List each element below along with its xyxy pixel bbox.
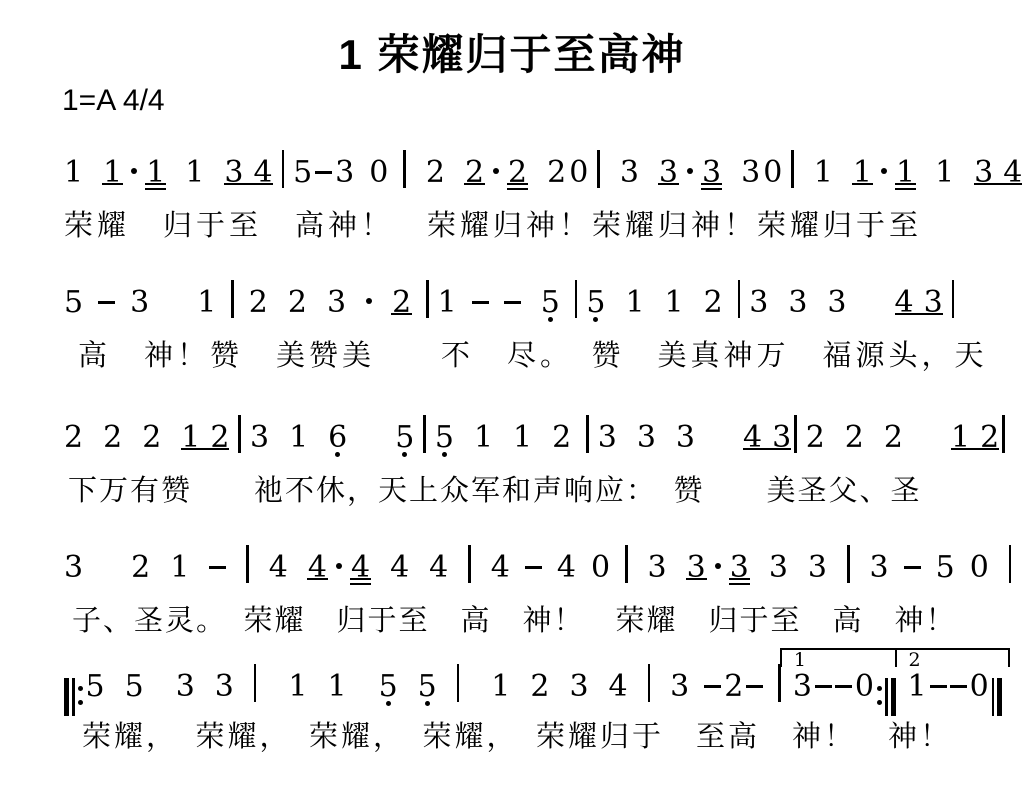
barline — [246, 545, 249, 583]
lyrics-line-1: 荣耀 归于至 高神！ 荣耀归神！荣耀归神！荣耀归于至 — [64, 209, 994, 244]
barline — [778, 664, 781, 702]
note: 4 — [308, 553, 327, 583]
note: 3 — [327, 288, 346, 318]
note: 3 — [215, 672, 234, 702]
final-barline — [992, 678, 1003, 716]
barline — [847, 545, 850, 583]
note: 3 — [808, 553, 827, 583]
barline — [597, 150, 600, 188]
dotted-rhythm-dot — [493, 168, 499, 174]
volta-bracket: 130 — [784, 672, 896, 716]
barline — [648, 664, 651, 702]
note: 4 — [351, 553, 370, 583]
note: 1 — [935, 158, 954, 188]
beamed-note-group: 12 — [181, 423, 229, 453]
note: 1 — [185, 158, 204, 188]
note: 1 — [814, 158, 833, 188]
dotted-rhythm-dot — [687, 168, 693, 174]
notation-line-2: 531223215511233343 — [64, 280, 994, 326]
note: 5 — [936, 553, 955, 583]
note: 5 — [395, 423, 414, 453]
note: 2 — [142, 423, 161, 453]
note: 3 — [676, 423, 695, 453]
note: 3 — [769, 553, 788, 583]
barline — [738, 280, 741, 318]
note: 3 — [64, 553, 83, 583]
system-3: 22212316551123334322212 下万有赞 祂不休，天上众军和声响… — [64, 415, 994, 509]
note: 1 — [181, 420, 200, 455]
note: 2 — [426, 158, 445, 188]
barline — [403, 150, 406, 188]
note: 4 — [491, 553, 510, 583]
note: 1 — [908, 672, 927, 702]
note: 1 — [513, 423, 532, 453]
note: 3 — [924, 285, 943, 320]
rest: 0 — [970, 672, 989, 702]
beamed-note-group: 34 — [974, 158, 1022, 188]
duration-dash — [950, 685, 967, 688]
barline — [791, 150, 794, 188]
note: 1 — [438, 288, 457, 318]
note: 3 — [176, 672, 195, 702]
duration-dash — [472, 301, 489, 304]
dotted-rhythm-dot — [366, 298, 372, 304]
note: 1 — [64, 158, 83, 188]
system-5: 55331155123432130210 荣耀， 荣耀， 荣耀， 荣耀， 荣耀归… — [64, 638, 994, 755]
barline — [254, 664, 257, 702]
note: 3 — [130, 288, 149, 318]
duration-dash — [746, 685, 763, 688]
barline — [282, 150, 285, 188]
note: 3 — [224, 155, 243, 190]
note: 3 — [793, 672, 812, 702]
note: 3 — [637, 423, 656, 453]
volta-number: 1 — [794, 651, 806, 670]
note: 3 — [250, 423, 269, 453]
note: 3 — [659, 158, 678, 188]
dotted-rhythm-dot — [881, 168, 887, 174]
barline — [586, 415, 589, 453]
note: 3 — [827, 288, 846, 318]
notation-line-3: 22212316551123334322212 — [64, 415, 994, 461]
note: 5 — [64, 288, 83, 318]
note: 4 — [557, 553, 576, 583]
notation-line-4: 3214444444033333350 — [64, 545, 994, 591]
repeat-end-sign — [877, 678, 896, 716]
note: 3 — [648, 553, 667, 583]
note: 3 — [569, 672, 588, 702]
note: 5 — [435, 423, 454, 453]
duration-dash — [835, 685, 852, 688]
volta-bracket: 210 — [899, 672, 1003, 716]
note: 1 — [951, 420, 970, 455]
note: 3 — [670, 672, 689, 702]
barline — [794, 415, 797, 453]
beamed-note-group: 43 — [895, 288, 943, 318]
note: 2 — [845, 423, 864, 453]
note: 2 — [552, 423, 571, 453]
note: 2 — [288, 288, 307, 318]
rest: 0 — [855, 672, 874, 702]
lyrics-line-5: 荣耀， 荣耀， 荣耀， 荣耀， 荣耀归于 至高 神！ 神！ — [64, 720, 994, 755]
note: 2 — [249, 288, 268, 318]
note: 3 — [974, 155, 993, 190]
lyrics-line-2: 高 神！赞 美赞美 不 尽。 赞 美真神万 福源头，天 — [64, 339, 994, 374]
note: 1 — [625, 288, 644, 318]
note: 4 — [743, 420, 762, 455]
barline — [1009, 545, 1012, 583]
note: 1 — [491, 672, 510, 702]
beamed-note-group: 12 — [951, 423, 999, 453]
note: 5 — [125, 672, 144, 702]
note: 1 — [146, 158, 165, 188]
note: 1 — [474, 423, 493, 453]
dotted-rhythm-dot — [131, 168, 137, 174]
note: 2 — [530, 672, 549, 702]
note: 1 — [853, 158, 872, 188]
note: 5 — [541, 288, 560, 318]
note: 2 — [64, 423, 83, 453]
system-2: 531223215511233343 高 神！赞 美赞美 不 尽。 赞 美真神万… — [64, 280, 994, 374]
note: 4 — [253, 155, 272, 190]
duration-dash — [504, 301, 521, 304]
note: 5 — [293, 158, 312, 188]
note: 3 — [870, 553, 889, 583]
note: 5 — [86, 672, 105, 702]
key-time-signature: 1=A 4/4 — [62, 84, 165, 118]
page-title: 1 荣耀归于至高神 — [0, 22, 1024, 82]
barline — [457, 664, 460, 702]
rest: 0 — [970, 553, 989, 583]
note: 3 — [749, 288, 768, 318]
notation-line-5: 55331155123432130210 — [64, 638, 994, 710]
note: 3 — [687, 553, 706, 583]
note: 3 — [772, 420, 791, 455]
barline — [423, 415, 426, 453]
note: 6 — [328, 423, 347, 453]
note: 5 — [418, 672, 437, 702]
note: 2 — [724, 672, 743, 702]
note: 2 — [103, 423, 122, 453]
note: 3 — [741, 158, 760, 188]
duration-dash — [98, 301, 115, 304]
note: 4 — [269, 553, 288, 583]
barline — [231, 280, 234, 318]
note: 1 — [170, 553, 189, 583]
note: 1 — [665, 288, 684, 318]
note: 2 — [465, 158, 484, 188]
repeat-start-sign — [64, 678, 83, 716]
system-4: 3214444444033333350 子、圣灵。 荣耀 归于至 高 神！ 荣耀… — [64, 545, 994, 639]
note: 3 — [788, 288, 807, 318]
note: 4 — [1003, 155, 1022, 190]
rest: 0 — [591, 553, 610, 583]
note: 3 — [335, 158, 354, 188]
lyrics-line-3: 下万有赞 祂不休，天上众军和声响应： 赞 美圣父、圣 — [64, 474, 994, 509]
rest: 0 — [569, 158, 588, 188]
note: 1 — [289, 423, 308, 453]
note: 2 — [806, 423, 825, 453]
note: 2 — [704, 288, 723, 318]
barline — [575, 280, 578, 318]
note: 2 — [508, 158, 527, 188]
note: 4 — [429, 553, 448, 583]
rest: 0 — [369, 158, 388, 188]
note: 2 — [392, 288, 411, 318]
barline — [238, 415, 241, 453]
volta-number: 2 — [909, 651, 921, 670]
duration-dash — [525, 566, 542, 569]
note: 1 — [197, 288, 216, 318]
duration-dash — [930, 685, 947, 688]
note: 2 — [884, 423, 903, 453]
note: 1 — [103, 158, 122, 188]
duration-dash — [209, 566, 226, 569]
note: 1 — [288, 672, 307, 702]
sheet-music-page: { "colors": {"ink": "#000000", "paper": … — [0, 0, 1024, 807]
barline — [468, 545, 471, 583]
dotted-rhythm-dot — [715, 563, 721, 569]
note: 2 — [210, 420, 229, 455]
duration-dash — [815, 685, 832, 688]
note: 3 — [598, 423, 617, 453]
barline — [625, 545, 628, 583]
duration-dash — [704, 685, 721, 688]
barline — [426, 280, 429, 318]
system-1: 1111345302222033330111134 荣耀 归于至 高神！ 荣耀归… — [64, 150, 994, 244]
barline — [1002, 415, 1005, 453]
note: 4 — [390, 553, 409, 583]
rest: 0 — [763, 158, 782, 188]
beamed-note-group: 34 — [224, 158, 272, 188]
note: 2 — [131, 553, 150, 583]
note: 3 — [702, 158, 721, 188]
note: 5 — [379, 672, 398, 702]
dotted-rhythm-dot — [336, 563, 342, 569]
note: 1 — [327, 672, 346, 702]
notation-line-1: 1111345302222033330111134 — [64, 150, 994, 196]
duration-dash — [904, 566, 921, 569]
note: 4 — [609, 672, 628, 702]
note: 3 — [730, 553, 749, 583]
note: 5 — [586, 288, 605, 318]
beamed-note-group: 43 — [743, 423, 791, 453]
note: 2 — [980, 420, 999, 455]
note: 2 — [547, 158, 566, 188]
lyrics-line-4: 子、圣灵。 荣耀 归于至 高 神！ 荣耀 归于至 高 神！ — [64, 604, 994, 639]
duration-dash — [315, 171, 332, 174]
note: 4 — [895, 285, 914, 320]
note: 3 — [620, 158, 639, 188]
note: 1 — [896, 158, 915, 188]
barline — [952, 280, 955, 318]
